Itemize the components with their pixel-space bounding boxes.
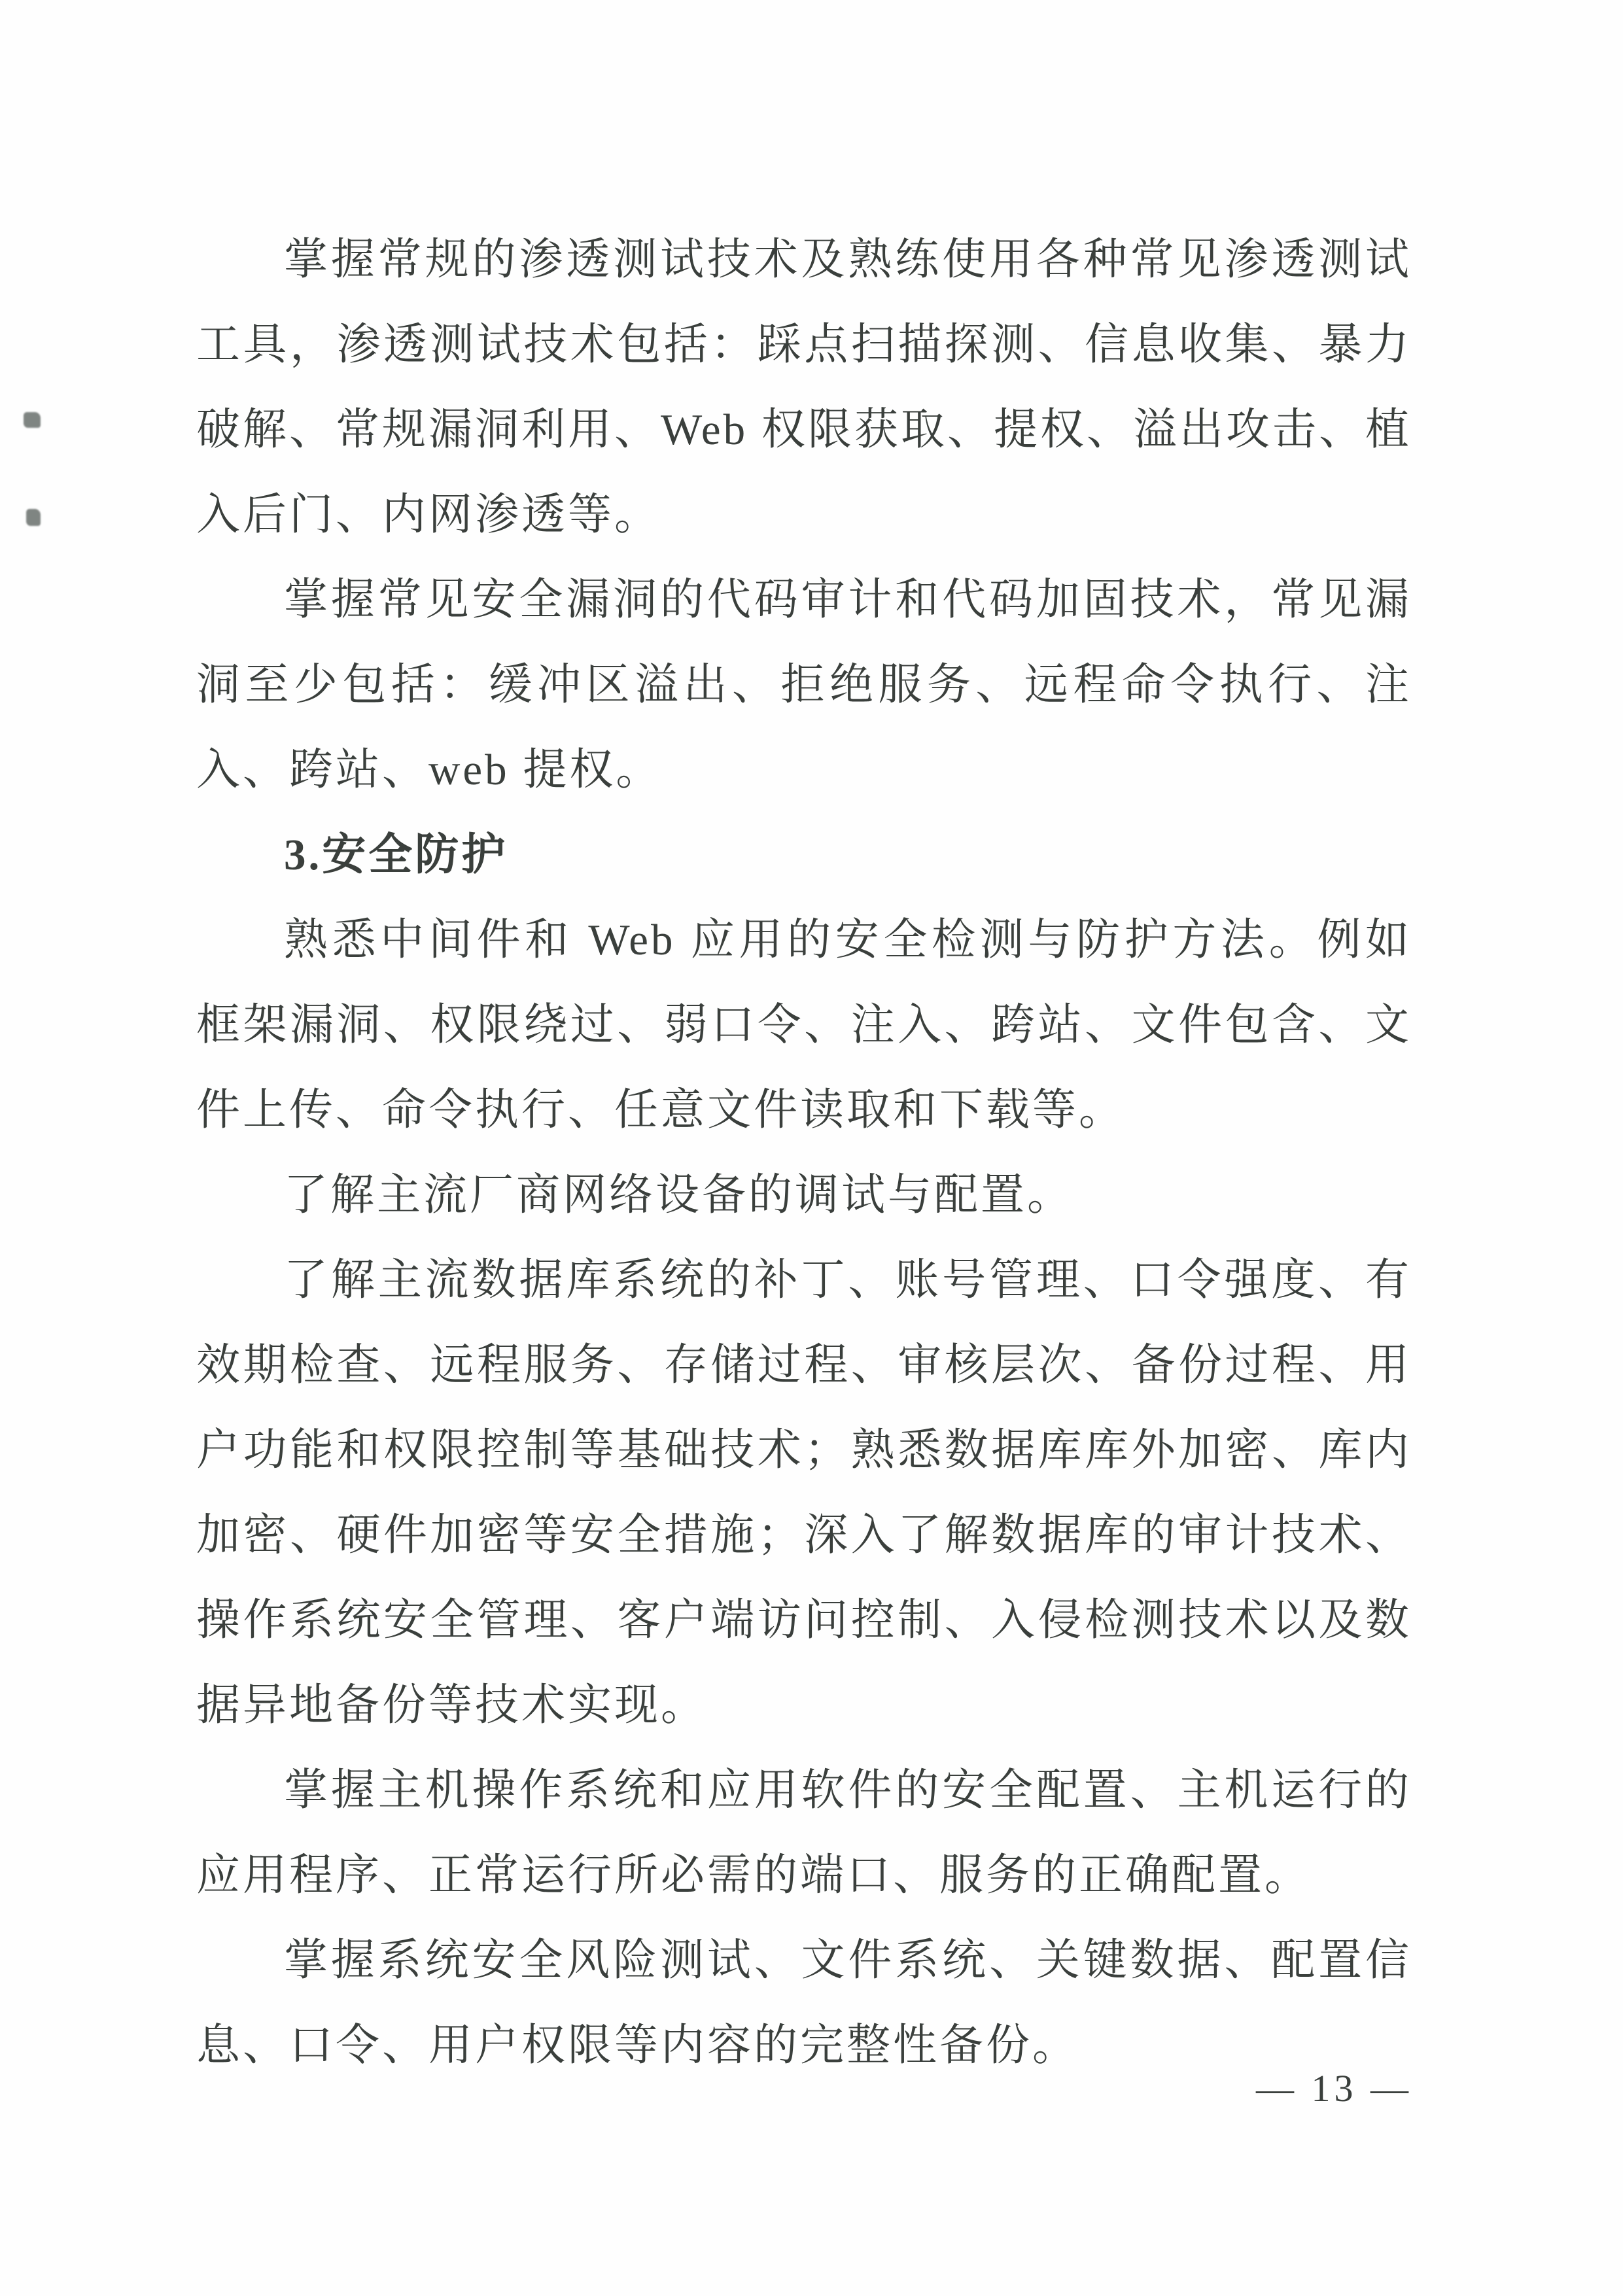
- paragraph-middleware-web: 熟悉中间件和 Web 应用的安全检测与防护方法。例如框架漏洞、权限绕过、弱口令、…: [196, 897, 1412, 1153]
- ink-smudge: [26, 509, 41, 526]
- section-heading-security-protection: 3.安全防护: [196, 812, 1412, 897]
- paragraph-code-audit: 掌握常见安全漏洞的代码审计和代码加固技术，常见漏洞至少包括：缓冲区溢出、拒绝服务…: [196, 557, 1412, 812]
- paragraph-integrity-backup: 掌握系统安全风险测试、文件系统、关键数据、配置信息、口令、用户权限等内容的完整性…: [196, 1918, 1412, 2088]
- paragraph-host-os-config: 掌握主机操作系统和应用软件的安全配置、主机运行的应用程序、正常运行所必需的端口、…: [196, 1748, 1412, 1918]
- document-body: 掌握常规的渗透测试技术及熟练使用各种常见渗透测试工具，渗透测试技术包括：踩点扫描…: [196, 217, 1412, 2088]
- paragraph-database-systems: 了解主流数据库系统的补丁、账号管理、口令强度、有效期检查、远程服务、存储过程、审…: [196, 1238, 1412, 1748]
- scanned-document-page: 掌握常规的渗透测试技术及熟练使用各种常见渗透测试工具，渗透测试技术包括：踩点扫描…: [0, 0, 1623, 2296]
- ink-smudge: [24, 412, 41, 428]
- paragraph-penetration-testing: 掌握常规的渗透测试技术及熟练使用各种常见渗透测试工具，渗透测试技术包括：踩点扫描…: [196, 217, 1412, 557]
- page-number: — 13 —: [1256, 2059, 1412, 2118]
- paragraph-network-devices: 了解主流厂商网络设备的调试与配置。: [196, 1153, 1412, 1238]
